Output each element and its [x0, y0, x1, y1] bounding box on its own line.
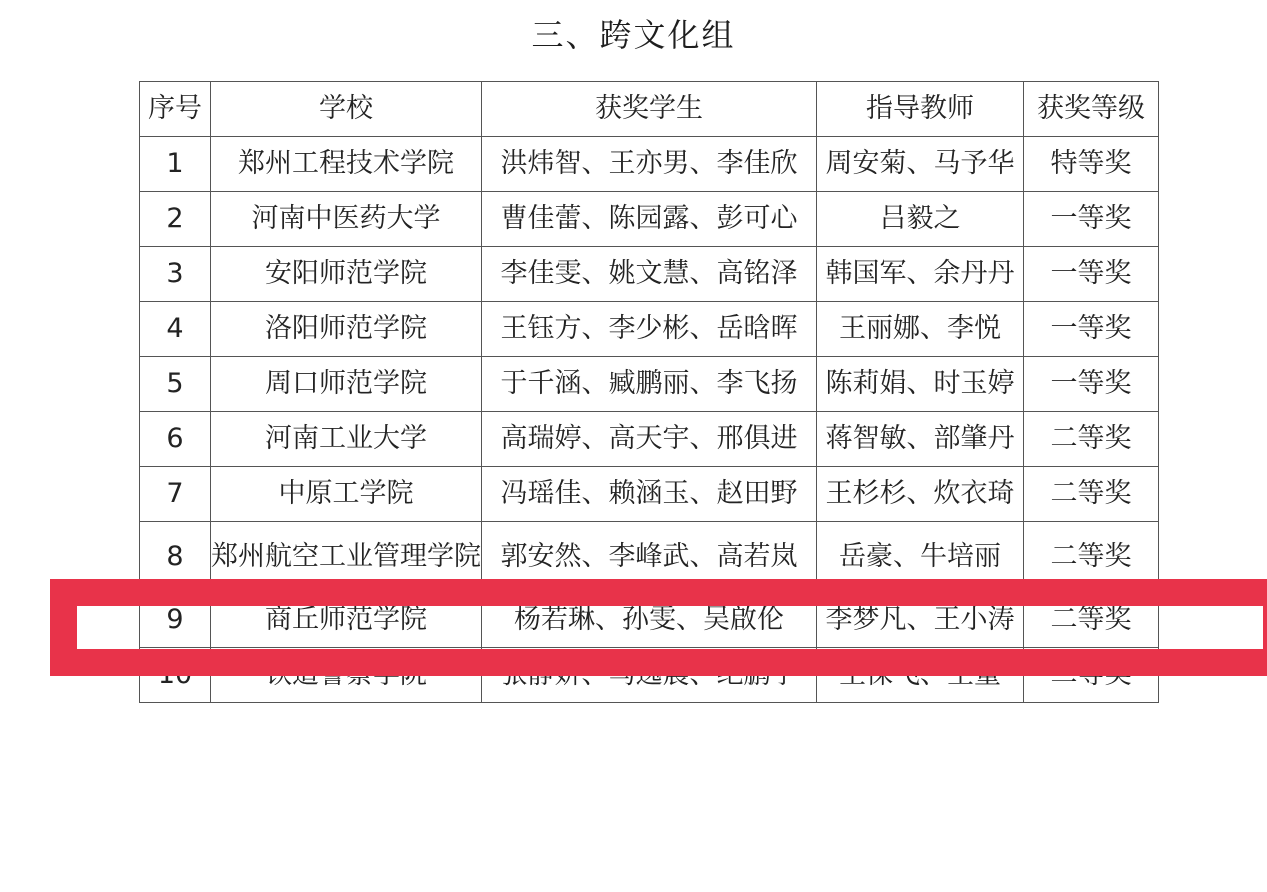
cell-no: 6 — [140, 412, 211, 467]
header-teachers: 指导教师 — [817, 82, 1024, 137]
cell-students: 于千涵、臧鹏丽、李飞扬 — [482, 357, 817, 412]
cell-no: 7 — [140, 467, 211, 522]
cell-students: 郭安然、李峰武、高若岚 — [482, 522, 817, 593]
table-row-highlighted: 9 商丘师范学院 杨若琳、孙雯、吴啟伦 李梦凡、王小涛 二等奖 — [140, 593, 1159, 648]
cell-teachers: 陈莉娟、时玉婷 — [817, 357, 1024, 412]
cell-level: 一等奖 — [1024, 357, 1159, 412]
cell-school: 河南中医药大学 — [211, 192, 482, 247]
cell-level: 一等奖 — [1024, 247, 1159, 302]
cell-teachers: 岳豪、牛培丽 — [817, 522, 1024, 593]
table-row: 4 洛阳师范学院 王钰方、李少彬、岳晗晖 王丽娜、李悦 一等奖 — [140, 302, 1159, 357]
cell-students: 高瑞婷、高天宇、邢俱进 — [482, 412, 817, 467]
table-row: 2 河南中医药大学 曹佳蕾、陈园露、彭可心 吕毅之 一等奖 — [140, 192, 1159, 247]
cell-level: 一等奖 — [1024, 192, 1159, 247]
table-row: 1 郑州工程技术学院 洪炜智、王亦男、李佳欣 周安菊、马予华 特等奖 — [140, 137, 1159, 192]
cell-school: 河南工业大学 — [211, 412, 482, 467]
cell-teachers: 李梦凡、王小涛 — [817, 593, 1024, 648]
cell-teachers: 蒋智敏、部肇丹 — [817, 412, 1024, 467]
cell-no: 3 — [140, 247, 211, 302]
cell-no: 4 — [140, 302, 211, 357]
cell-students: 李佳雯、姚文慧、高铭泽 — [482, 247, 817, 302]
cell-school: 郑州工程技术学院 — [211, 137, 482, 192]
cell-teachers: 王杉杉、炊衣琦 — [817, 467, 1024, 522]
cell-school: 郑州航空工业管理学院 — [211, 522, 482, 593]
cell-school: 安阳师范学院 — [211, 247, 482, 302]
table-row: 5 周口师范学院 于千涵、臧鹏丽、李飞扬 陈莉娟、时玉婷 一等奖 — [140, 357, 1159, 412]
cell-teachers: 王丽娜、李悦 — [817, 302, 1024, 357]
cell-level: 特等奖 — [1024, 137, 1159, 192]
cell-students: 洪炜智、王亦男、李佳欣 — [482, 137, 817, 192]
cell-school: 铁道警察学院 — [211, 648, 482, 703]
cell-teachers: 周安菊、马予华 — [817, 137, 1024, 192]
cell-students: 曹佳蕾、陈园露、彭可心 — [482, 192, 817, 247]
header-no: 序号 — [140, 82, 211, 137]
cell-teachers: 吕毅之 — [817, 192, 1024, 247]
cell-students: 冯瑶佳、赖涵玉、赵田野 — [482, 467, 817, 522]
table-row: 8 郑州航空工业管理学院 郭安然、李峰武、高若岚 岳豪、牛培丽 二等奖 — [140, 522, 1159, 593]
cell-students: 王钰方、李少彬、岳晗晖 — [482, 302, 817, 357]
table-row: 10 铁道警察学院 张静妍、马逸晨、纪鹏宇 王保飞、王童 二等奖 — [140, 648, 1159, 703]
cell-no: 9 — [140, 593, 211, 648]
cell-students: 张静妍、马逸晨、纪鹏宇 — [482, 648, 817, 703]
cell-level: 二等奖 — [1024, 467, 1159, 522]
cell-school: 周口师范学院 — [211, 357, 482, 412]
header-school: 学校 — [211, 82, 482, 137]
cell-no: 10 — [140, 648, 211, 703]
cell-level: 二等奖 — [1024, 648, 1159, 703]
cell-students: 杨若琳、孙雯、吴啟伦 — [482, 593, 817, 648]
cell-teachers: 韩国军、余丹丹 — [817, 247, 1024, 302]
table-row: 7 中原工学院 冯瑶佳、赖涵玉、赵田野 王杉杉、炊衣琦 二等奖 — [140, 467, 1159, 522]
cell-no: 2 — [140, 192, 211, 247]
cell-school: 商丘师范学院 — [211, 593, 482, 648]
header-level: 获奖等级 — [1024, 82, 1159, 137]
cell-school: 中原工学院 — [211, 467, 482, 522]
table-row: 3 安阳师范学院 李佳雯、姚文慧、高铭泽 韩国军、余丹丹 一等奖 — [140, 247, 1159, 302]
header-students: 获奖学生 — [482, 82, 817, 137]
table-header-row: 序号 学校 获奖学生 指导教师 获奖等级 — [140, 82, 1159, 137]
table-row: 6 河南工业大学 高瑞婷、高天宇、邢俱进 蒋智敏、部肇丹 二等奖 — [140, 412, 1159, 467]
cell-no: 5 — [140, 357, 211, 412]
cell-no: 8 — [140, 522, 211, 593]
awards-table: 序号 学校 获奖学生 指导教师 获奖等级 1 郑州工程技术学院 洪炜智、王亦男、… — [139, 81, 1159, 703]
section-title: 三、跨文化组 — [0, 10, 1267, 60]
cell-teachers: 王保飞、王童 — [817, 648, 1024, 703]
cell-no: 1 — [140, 137, 211, 192]
cell-school: 洛阳师范学院 — [211, 302, 482, 357]
cell-level: 二等奖 — [1024, 593, 1159, 648]
cell-level: 二等奖 — [1024, 412, 1159, 467]
cell-level: 二等奖 — [1024, 522, 1159, 593]
cell-level: 一等奖 — [1024, 302, 1159, 357]
